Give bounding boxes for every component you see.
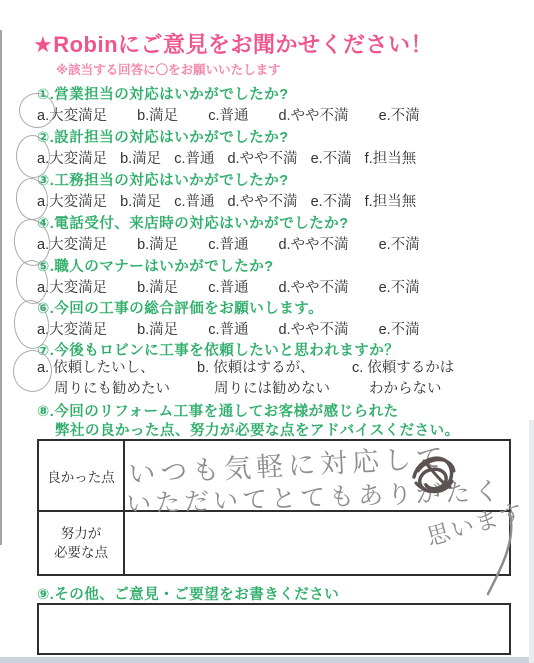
q3-option-f: f.担当無 bbox=[365, 190, 417, 211]
scan-edge-left bbox=[0, 30, 2, 545]
question-1-label: ①.営業担当の対応はいかがでしたか? bbox=[37, 83, 289, 104]
q7-option-c-line1: c. 依頼するかは bbox=[352, 360, 454, 376]
q7-option-b-line1: b. 依頼はするが、 bbox=[197, 360, 315, 376]
handwriting-su-tail bbox=[486, 512, 516, 602]
q1-option-e: e.不満 bbox=[379, 104, 420, 125]
q2-option-b: b.満足 bbox=[120, 147, 161, 168]
q3-option-d: d.やや不満 bbox=[227, 190, 297, 211]
q5-option-e: e.不満 bbox=[379, 276, 420, 297]
table-vertical-divider bbox=[123, 441, 125, 574]
q2-option-c: c.普通 bbox=[174, 147, 214, 168]
q7-option-a-line1: a. 依頼したいし、 bbox=[37, 360, 155, 376]
q1-option-d: d.やや不満 bbox=[278, 104, 348, 125]
q3-option-b: b.満足 bbox=[120, 190, 161, 211]
q4-option-d: d.やや不満 bbox=[278, 233, 348, 254]
q6-option-e: e.不満 bbox=[379, 318, 420, 339]
handwriting-scribble bbox=[406, 447, 464, 508]
q7-option-c: c. 依頼するかは わからない bbox=[352, 358, 454, 400]
q6-option-b: b.満足 bbox=[137, 318, 178, 339]
q7-option-b-line2: 周りには勧めない bbox=[197, 379, 330, 400]
q7-option-a: a. 依頼したいし、 周りにも勧めたい bbox=[37, 358, 170, 400]
question-4-options: a.大変満足 b.満足 c.普通 d.やや不満 e.不満 bbox=[37, 233, 420, 254]
q7-option-b: b. 依頼はするが、 周りには勧めない bbox=[197, 358, 330, 400]
question-8-label-line1: ⑧.今回のリフォーム工事を通してお客様が感じられた bbox=[37, 400, 399, 421]
q5-option-d: d.やや不満 bbox=[278, 276, 348, 297]
scan-edge-bottom bbox=[0, 657, 534, 663]
question-6-label: ⑥.今回の工事の総合評価をお願いします。 bbox=[37, 297, 323, 318]
q6-option-d: d.やや不満 bbox=[278, 318, 348, 339]
good-points-label: 良かった点 bbox=[39, 441, 123, 510]
question-8-label-line2: 弊社の良かった点、努力が必要な点をアドバイスください。 bbox=[55, 419, 460, 440]
form-title: ★Robinにご意見をお聞かせください！ bbox=[33, 28, 433, 59]
improvement-label-line2: 必要な点 bbox=[54, 545, 108, 560]
q2-option-d: d.やや不満 bbox=[227, 147, 297, 168]
question-6-options: a.大変満足 b.満足 c.普通 d.やや不満 e.不満 bbox=[37, 318, 420, 339]
q4-option-e: e.不満 bbox=[379, 233, 420, 254]
question-9-label: ⑨.その他、ご意見・ご要望をお書きください bbox=[37, 583, 339, 604]
q7-option-a-line2: 周りにも勧めたい bbox=[37, 379, 170, 400]
q5-option-b: b.満足 bbox=[137, 276, 178, 297]
q1-option-c: c.普通 bbox=[208, 104, 248, 125]
q2-option-f: f.担当無 bbox=[365, 147, 417, 168]
survey-form-scan: ★Robinにご意見をお聞かせください！ ※該当する回答に〇をお願いいたします … bbox=[0, 0, 534, 663]
q3-option-c: c.普通 bbox=[174, 190, 214, 211]
q6-option-c: c.普通 bbox=[208, 318, 248, 339]
q2-option-e: e.不満 bbox=[311, 147, 352, 168]
improvement-label-line1: 努力が bbox=[61, 526, 102, 541]
q1-option-b: b.満足 bbox=[137, 104, 178, 125]
question-5-label: ⑤.職人のマナーはいかがでしたか? bbox=[37, 255, 274, 276]
question-1-options: a.大変満足 b.満足 c.普通 d.やや不満 e.不満 bbox=[37, 104, 420, 125]
question-2-label: ②.設計担当の対応はいかがでしたか? bbox=[37, 126, 289, 147]
question-4-label: ④.電話受付、来店時の対応はいかがでしたか? bbox=[37, 212, 349, 233]
q7-option-c-line2: わからない bbox=[352, 379, 454, 400]
form-subtitle: ※該当する回答に〇をお願いいたします bbox=[56, 60, 281, 78]
q4-option-c: c.普通 bbox=[208, 233, 248, 254]
improvement-points-label: 努力が 必要な点 bbox=[39, 512, 123, 574]
question-7-label: ⑦.今後もロビンに工事を依頼したいと思われますか？ bbox=[37, 339, 399, 360]
question-3-label: ③.工務担当の対応はいかがでしたか? bbox=[37, 169, 289, 190]
scan-edge-right bbox=[529, 420, 534, 663]
q5-option-c: c.普通 bbox=[208, 276, 248, 297]
q4-option-b: b.満足 bbox=[137, 233, 178, 254]
q3-option-e: e.不満 bbox=[311, 190, 352, 211]
question-3-options: a.大変満足 b.満足 c.普通 d.やや不満 e.不満 f.担当無 bbox=[37, 190, 416, 211]
question-2-options: a.大変満足 b.満足 c.普通 d.やや不満 e.不満 f.担当無 bbox=[37, 147, 416, 168]
question-5-options: a.大変満足 b.満足 c.普通 d.やや不満 e.不満 bbox=[37, 276, 420, 297]
other-comments-box bbox=[37, 603, 511, 655]
